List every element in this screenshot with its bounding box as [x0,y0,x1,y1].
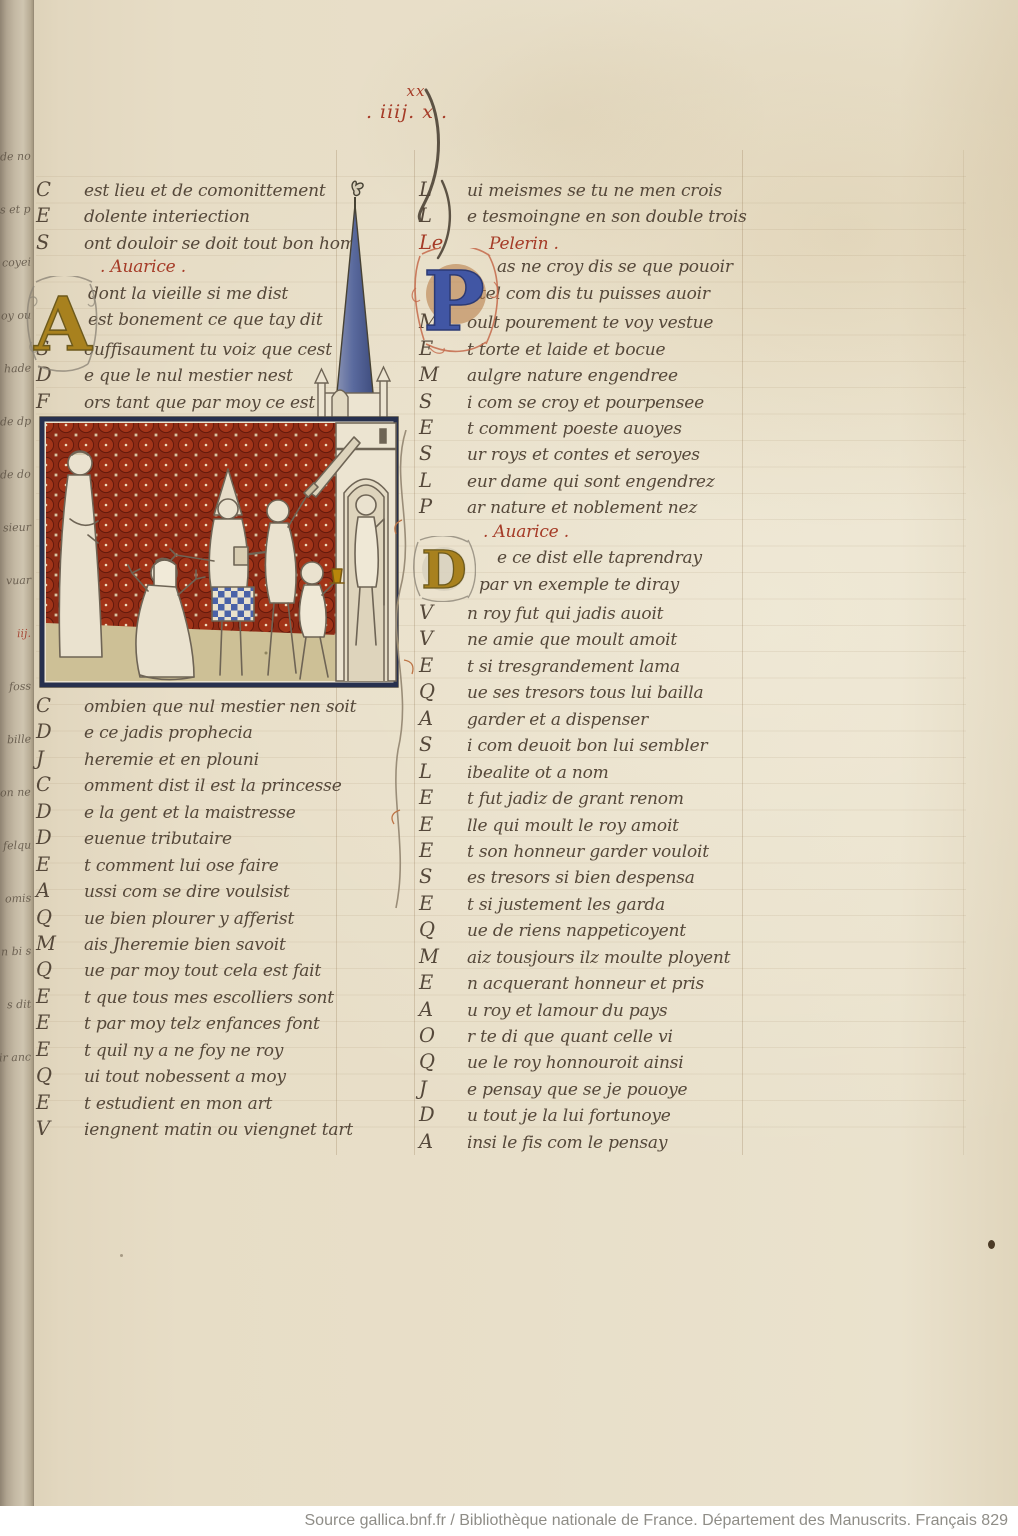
line-initial: M [419,945,445,968]
line-initial: S [419,865,445,888]
line-initial: E [419,654,445,677]
folio-superscript: xx [370,84,462,99]
line-initial: E [419,892,445,915]
source-caption-bar: Source gallica.bnf.fr / Bibliothèque nat… [0,1506,1018,1536]
line-text: ue par moy tout cela est fait [84,961,321,981]
verse-line: Si com deuoit bon lui sembler [419,733,755,759]
line-initial: E [419,971,445,994]
line-initial: E [36,1011,62,1034]
line-text: ui meismes se tu ne men crois [467,181,722,201]
line-initial: Q [419,680,445,703]
line-text: es tresors si bien despensa [467,868,695,888]
verse-line: Vn roy fut qui jadis auoit [419,601,755,627]
line-text: aulgre nature engendree [467,366,678,386]
line-text: insi le fis com le pensay [467,1133,667,1153]
line-initial: E [36,985,62,1008]
line-text: as ne croy dis se que pouoir [497,257,733,277]
line-text: t par moy telz enfances font [84,1014,320,1034]
line-text: t fut jadiz de grant renom [467,789,684,809]
line-text: e la gent et la maistresse [84,803,296,823]
verse-line: Sur roys et contes et seroyes [419,442,755,468]
verse-line: Et que tous mes escolliers sont [36,985,412,1011]
margin-rule [963,150,964,1155]
gutter-text-fragment: sieur [3,521,31,535]
line-text: omment dist il est la princesse [84,776,342,796]
line-text: tel com dis tu puisses auoir [479,284,710,304]
folio-label: . iiij. x . [352,103,462,122]
line-text: e tesmoingne en son double trois [467,207,747,227]
verse-line: Que de riens nappeticoyent [419,918,755,944]
gutter-text-fragment: ir anc [0,1050,31,1064]
verse-line: Et fut jadiz de grant renom [419,786,755,812]
line-initial: E [419,839,445,862]
line-text: i com se croy et pourpensee [467,393,704,413]
line-initial: L [419,178,445,201]
verse-line: De la gent et la maistresse [36,800,412,826]
verse-line: Deuenue tributaire [36,826,412,852]
line-text: ue le roy honnouroit ainsi [467,1053,683,1073]
line-initial: C [36,694,62,717]
line-text: e ce dist elle taprendray [497,548,702,568]
verse-line: Et comment poeste auoyes [419,416,755,442]
line-text: garder et a dispenser [467,710,648,730]
verse-line: Que le roy honnouroit ainsi [419,1050,755,1076]
line-initial: S [419,442,445,465]
line-initial: L [419,204,445,227]
verse-line: Au roy et lamour du pays [419,998,755,1024]
line-initial: M [419,363,445,386]
line-text: euenue tributaire [84,829,232,849]
line-initial: D [36,826,62,849]
gutter-text-fragment: n bi s [0,944,31,958]
ink-speck [988,1240,995,1249]
line-initial: Q [36,958,62,981]
line-initial: Q [36,1064,62,1087]
line-text: t si justement les garda [467,895,665,915]
line-initial: A [419,998,445,1021]
line-text: aiz tousjours ilz moulte ployent [467,948,730,968]
line-text: u roy et lamour du pays [467,1001,667,1021]
line-text: ue ses tresors tous lui bailla [467,683,703,703]
verse-line: Qui tout nobessent a moy [36,1064,412,1090]
line-initial: E [419,786,445,809]
illuminated-initial-p: P [410,248,502,358]
line-text: n roy fut qui jadis auoit [467,604,663,624]
line-text: u tout je la lui fortunoye [467,1106,671,1126]
line-initial: D [36,720,62,743]
line-initial: Q [36,906,62,929]
verse-line: Le tesmoingne en son double trois [419,204,755,230]
line-initial: A [419,1130,445,1153]
left-column-lower: Combien que nul mestier nen soitDe ce ja… [36,694,412,1143]
verse-line: Du tout je la lui fortunoye [419,1103,755,1129]
line-text: . Auarice . [483,522,569,542]
verse-line: Or te di que quant celle vi [419,1024,755,1050]
line-text: par vn exemple te diray [479,575,679,595]
verse-line: Comment dist il est la princesse [36,773,412,799]
verse-line: Et par moy telz enfances font [36,1011,412,1037]
line-text: t estudient en mon art [84,1094,272,1114]
line-text: t comment poeste auoyes [467,419,682,439]
line-initial: L [419,469,445,492]
verse-line: Viengnent matin ou viengnet tart [36,1117,412,1143]
line-initial: Q [419,1050,445,1073]
gutter-text-fragment: s et p [0,202,31,216]
verse-line: Maulgre nature engendree [419,363,755,389]
line-initial: E [36,853,62,876]
ink-speck [120,1254,123,1257]
gutter-text-fragment: vuar [6,574,32,588]
line-initial: Q [419,918,445,941]
verse-line: Et estudient en mon art [36,1091,412,1117]
line-text: oult pourement te voy vestue [467,313,713,333]
line-initial: V [36,1117,62,1140]
verse-line: Et si justement les garda [419,892,755,918]
line-text: ombien que nul mestier nen soit [84,697,356,717]
line-initial: L [419,760,445,783]
line-initial: D [36,800,62,823]
verse-line: Vne amie que moult amoit [419,627,755,653]
gutter-text-fragment: iij. [17,627,31,640]
line-initial: E [419,416,445,439]
line-initial: S [419,390,445,413]
line-initial: E [36,1038,62,1061]
line-text: r te di que quant celle vi [467,1027,673,1047]
illuminated-initial-d: D [412,536,476,602]
gutter-text-fragment: omis [5,892,32,906]
line-text: iengnent matin ou viengnet tart [84,1120,353,1140]
line-initial: V [419,601,445,624]
gutter-text-fragment: foss [9,680,31,694]
verse-line: Et quil ny a ne foy ne roy [36,1038,412,1064]
gutter-text-fragment: s dit [7,998,32,1012]
line-text: eur dame qui sont engendrez [467,472,714,492]
svg-text:P: P [423,254,485,350]
line-initial: J [36,747,62,770]
binding-gutter: de nos et pcoyeioy ouhadede dpde dosieur… [0,0,34,1506]
verse-line: De ce jadis prophecia [36,720,412,746]
line-initial: S [419,733,445,756]
verse-line: Que bien plourer y afferist [36,906,412,932]
line-initial: A [419,707,445,730]
line-text: heremie et en plouni [84,750,259,770]
verse-line: Lui meismes se tu ne men crois [419,178,755,204]
verse-line: Et son honneur garder vouloit [419,839,755,865]
line-initial: D [419,1103,445,1126]
line-text: ue bien plourer y afferist [84,909,294,929]
line-text: lle qui moult le roy amoit [467,816,679,836]
line-initial: C [36,773,62,796]
line-initial: A [36,879,62,902]
verse-line: Que par moy tout cela est fait [36,958,412,984]
line-text: e pensay que se je pouoye [467,1080,687,1100]
verse-line: Agarder et a dispenser [419,707,755,733]
verse-line: Ses tresors si bien despensa [419,865,755,891]
line-initial: M [36,932,62,955]
line-text: t son honneur garder vouloit [467,842,709,862]
gutter-text-fragment: coyei [2,255,31,269]
line-text: n acquerant honneur et pris [467,974,704,994]
gutter-text-fragment: bille [7,733,32,747]
verse-line: Libealite ot a nom [419,760,755,786]
line-text: e ce jadis prophecia [84,723,253,743]
verse-line: Jheremie et en plouni [36,747,412,773]
line-initial: O [419,1024,445,1047]
verse-line: Leur dame qui sont engendrez [419,469,755,495]
gutter-text-fragment: de no [0,149,31,163]
line-text: ne amie que moult amoit [467,630,677,650]
verse-line: Aussi com se dire voulsist [36,879,412,905]
verse-line: Combien que nul mestier nen soit [36,694,412,720]
gutter-text-fragment: felqu [3,839,32,853]
line-text: ur roys et contes et seroyes [467,445,700,465]
gutter-text-fragment: de dp [0,414,31,428]
verse-line: Par nature et noblement nez [419,495,755,521]
verse-line: Que ses tresors tous lui bailla [419,680,755,706]
line-initial: P [419,495,445,518]
line-text: ui tout nobessent a moy [84,1067,286,1087]
line-text: ais Jheremie bien savoit [84,935,286,955]
gutter-text-fragment: de do [0,467,31,481]
verse-line: Elle qui moult le roy amoit [419,813,755,839]
source-caption-text: Source gallica.bnf.fr / Bibliothèque nat… [305,1512,1009,1529]
folio-number: xx . iiij. x . [352,84,462,122]
line-text: t comment lui ose faire [84,856,279,876]
line-text: ue de riens nappeticoyent [467,921,686,941]
line-text: ussi com se dire voulsist [84,882,290,902]
verse-line: Maiz tousjours ilz moulte ployent [419,945,755,971]
verse-line: Et comment lui ose faire [36,853,412,879]
miniature-illustration [36,175,404,693]
line-initial: V [419,627,445,650]
verse-line: Si com se croy et pourpensee [419,390,755,416]
line-initial: E [419,813,445,836]
line-initial: J [419,1077,445,1100]
verse-line: Mais Jheremie bien savoit [36,932,412,958]
svg-text:D: D [421,540,466,601]
line-text: ibealite ot a nom [467,763,609,783]
line-text: t si tresgrandement lama [467,657,680,677]
church-spire [315,181,398,425]
verse-line: Et si tresgrandement lama [419,654,755,680]
line-text: i com deuoit bon lui sembler [467,736,707,756]
manuscript-page: de nos et pcoyeioy ouhadede dpde dosieur… [0,0,1018,1536]
line-text: t que tous mes escolliers sont [84,988,334,1008]
line-initial: E [36,1091,62,1114]
verse-line: En acquerant honneur et pris [419,971,755,997]
verse-line: Ainsi le fis com le pensay [419,1130,755,1156]
gutter-text-fragment: on ne [0,785,31,799]
verse-line: Je pensay que se je pouoye [419,1077,755,1103]
line-text: ar nature et noblement nez [467,498,697,518]
line-text: t quil ny a ne foy ne roy [84,1041,283,1061]
